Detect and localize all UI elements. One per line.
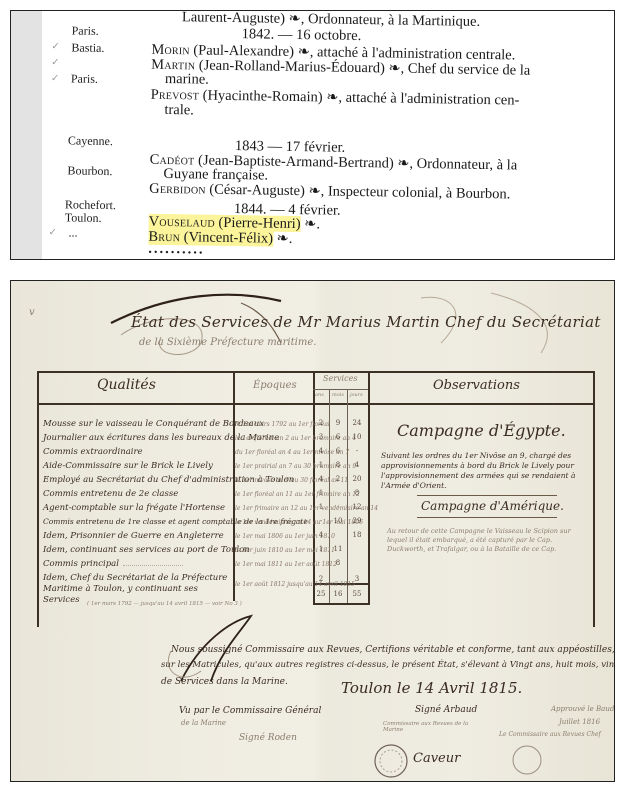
row-qualite: Commis principal — [43, 559, 119, 569]
margin-mark: v — [29, 307, 35, 318]
row-qualite: Agent-comptable sur la frégate l'Hortens… — [43, 503, 225, 513]
row-mois: - — [328, 503, 348, 511]
signature-left-title: Vu par le Commissaire Général — [179, 706, 321, 716]
place-label: Toulon. — [65, 210, 102, 226]
header-qualites: Qualités — [97, 377, 156, 393]
table-row: Aide-Commissaire sur le Brick le Lively — [43, 461, 213, 471]
services-subheader-rule — [313, 389, 368, 390]
totals-bottom-rule — [313, 603, 370, 605]
leader-dots — [123, 565, 183, 566]
register-text: Laurent-Auguste) ❧, Ordonnateur, à la Ma… — [38, 11, 614, 260]
row-epoque: le 1er mai 1811 au 1er août 1812 — [235, 561, 337, 568]
row-qualite: Idem, continuant ses services au port de… — [43, 545, 250, 555]
row-epoque: le 1er floréal an 11 au 1er frimaire an … — [235, 491, 360, 498]
total-jours: 55 — [347, 590, 367, 598]
signature-center-note: Commissaire aux Revues de la Marine — [383, 721, 483, 733]
place-label: Paris. — [71, 71, 98, 86]
row-footnote: ( 1er mars 1792 — jusqu'au 14 avril 1815… — [87, 601, 242, 607]
table-row: Commis extraordinaire — [43, 447, 143, 457]
entry-given-names: (Hyacinthe-Romain) — [203, 88, 323, 106]
row-jours: 18 — [347, 531, 367, 539]
row-jours: 10 — [347, 433, 367, 441]
service-table: Qualités Époques Services ans mois jours… — [37, 371, 595, 627]
header-epoques: Époques — [253, 380, 297, 391]
entry-given-names: (Jean-Rolland-Marius-Édouard) — [199, 57, 385, 76]
row-mois: 10 — [328, 517, 348, 525]
entry-description: ❧. — [276, 231, 292, 247]
header-services-jours: jours — [350, 392, 363, 398]
place-and-date: Toulon le 14 Avril 1815. — [341, 679, 522, 697]
document-subtitle: de la Sixième Préfecture maritime. — [139, 337, 316, 348]
place-label: Bastia. — [71, 40, 104, 56]
table-row: Agent-comptable sur la frégate l'Hortens… — [43, 503, 225, 513]
place-label: Paris. — [72, 23, 99, 38]
table-row: Idem, Prisonnier de Guerre en Angleterre — [43, 531, 224, 541]
col-rule-services — [313, 371, 315, 605]
table-row: Mousse sur le vaisseau le Conquérant de … — [43, 419, 264, 429]
entry-continuation: marine. — [165, 71, 209, 88]
register-entry: Gerbidon (César-Auguste) ❧, Inspecteur c… — [149, 181, 510, 203]
campaign-egypt-title: Campagne d'Égypte. — [397, 421, 566, 440]
row-mois: 8 — [328, 559, 348, 567]
printed-register-excerpt: Laurent-Auguste) ❧, Ordonnateur, à la Ma… — [10, 10, 615, 260]
page-gutter — [11, 11, 42, 259]
row-qualite: Commis entretenu de 2e classe — [43, 489, 178, 499]
row-ans: 2 — [311, 575, 331, 583]
certification-line-2: sur les Matricules, qu'aux autres regist… — [161, 660, 615, 670]
campaign-rule — [417, 495, 557, 496]
campaign-rule — [417, 517, 557, 518]
row-mois: 2 — [328, 475, 348, 483]
entry-surname: Gerbidon — [149, 181, 206, 198]
entry-given-names: (César-Auguste) — [209, 182, 305, 199]
campaign-america-text: Au retour de cette Campagne le Vaisseau … — [387, 527, 587, 554]
document-title: État des Services de Mr Marius Martin Ch… — [131, 313, 601, 331]
row-jours: 29 — [347, 517, 367, 525]
table-row: Commis entretenu de 2e classe — [43, 489, 178, 499]
table-right-rule — [593, 371, 595, 627]
stamp-right-icon — [507, 743, 547, 777]
row-qualite: Mousse sur le vaisseau le Conquérant de … — [43, 419, 264, 429]
entry-description: ❧, Inspecteur colonial, à Bourbon. — [308, 183, 510, 202]
place-label: ... — [68, 225, 77, 240]
row-jours: 8 — [347, 489, 367, 497]
row-mois: 6 — [328, 447, 348, 455]
signature-left-subtitle: de la Marine — [181, 719, 226, 727]
entry-surname: Prevost — [151, 87, 200, 104]
row-qualite: Idem, Prisonnier de Guerre en Angleterre — [43, 531, 224, 541]
table-row: Commis principal — [43, 559, 183, 569]
row-ans: 4 — [311, 531, 331, 539]
row-mois: 11 — [328, 545, 348, 553]
row-mois: 6 — [328, 433, 348, 441]
header-observations: Observations — [433, 378, 520, 393]
entry-description: ❧, attaché à l'administration cen- — [326, 89, 519, 108]
table-row: Idem, continuant ses services au port de… — [43, 545, 250, 555]
row-qualite: Aide-Commissaire sur le Brick le Lively — [43, 461, 213, 471]
row-jours: 4 — [347, 461, 367, 469]
manuscript-service-record: v État des Services de Mr Marius Martin … — [10, 280, 615, 782]
row-epoque: le 1er août 1812 jusqu'au 14 avril 1815 — [235, 581, 355, 588]
entry-description: ❧. — [304, 216, 320, 232]
place-label: Bourbon. — [67, 163, 112, 179]
margin-check-mark: ✓ — [48, 227, 57, 238]
row-ans: 1 — [311, 489, 331, 497]
entry-continuation: trale. — [164, 102, 194, 118]
signature-right-approval: Approuvé le Baudouin — [551, 705, 615, 713]
header-rule — [37, 403, 595, 405]
row-mois: 9 — [328, 419, 348, 427]
entry-description: ❧, Chef du service de la — [388, 60, 530, 78]
signature-center-name: Signé Arbaud — [415, 705, 477, 715]
entry-description: ❧, Ordonnateur, à la — [397, 156, 517, 174]
margin-check-mark: ✓ — [51, 73, 60, 84]
header-services: Services — [323, 374, 357, 383]
row-jours: 3 — [347, 575, 367, 583]
official-seal-icon — [371, 741, 411, 781]
margin-check-mark: ✓ — [51, 57, 60, 68]
table-top-rule — [37, 371, 595, 373]
ellipsis-dots: .......... — [148, 241, 204, 258]
signature-left-name: Signé Roden — [239, 733, 297, 743]
year-heading: 1842. — 16 octobre. — [242, 26, 362, 44]
campaign-america-title: Campagne d'Amérique. — [421, 499, 564, 513]
campaign-egypt-text: Suivant les ordres du 1er Nivôse an 9, c… — [381, 451, 581, 491]
signature-right-date: Juillet 1816 — [559, 718, 600, 726]
row-jours: 24 — [347, 419, 367, 427]
row-mois: 8 — [328, 461, 348, 469]
certification-line-3: de Services dans la Marine. — [161, 677, 288, 687]
certification-line-1: Nous soussigné Commissaire aux Revues, C… — [171, 645, 615, 655]
row-jours: 20 — [347, 475, 367, 483]
header-services-mois: mois — [332, 392, 344, 398]
margin-check-mark: ✓ — [51, 41, 60, 52]
place-label: Cayenne. — [68, 133, 113, 149]
row-jours: 12 — [347, 503, 367, 511]
signature-right-note: Le Commissaire aux Revues Chef — [499, 731, 601, 738]
signature-center-seal-name: Caveur — [413, 751, 460, 766]
row-jours: - — [347, 447, 367, 455]
table-left-rule — [37, 371, 39, 627]
header-services-ans: ans — [315, 392, 324, 398]
col-rule-observations — [368, 371, 370, 605]
row-qualite: Commis extraordinaire — [43, 447, 143, 457]
total-mois: 16 — [328, 590, 348, 598]
register-entry: Prevost (Hyacinthe-Romain) ❧, attaché à … — [151, 87, 520, 109]
